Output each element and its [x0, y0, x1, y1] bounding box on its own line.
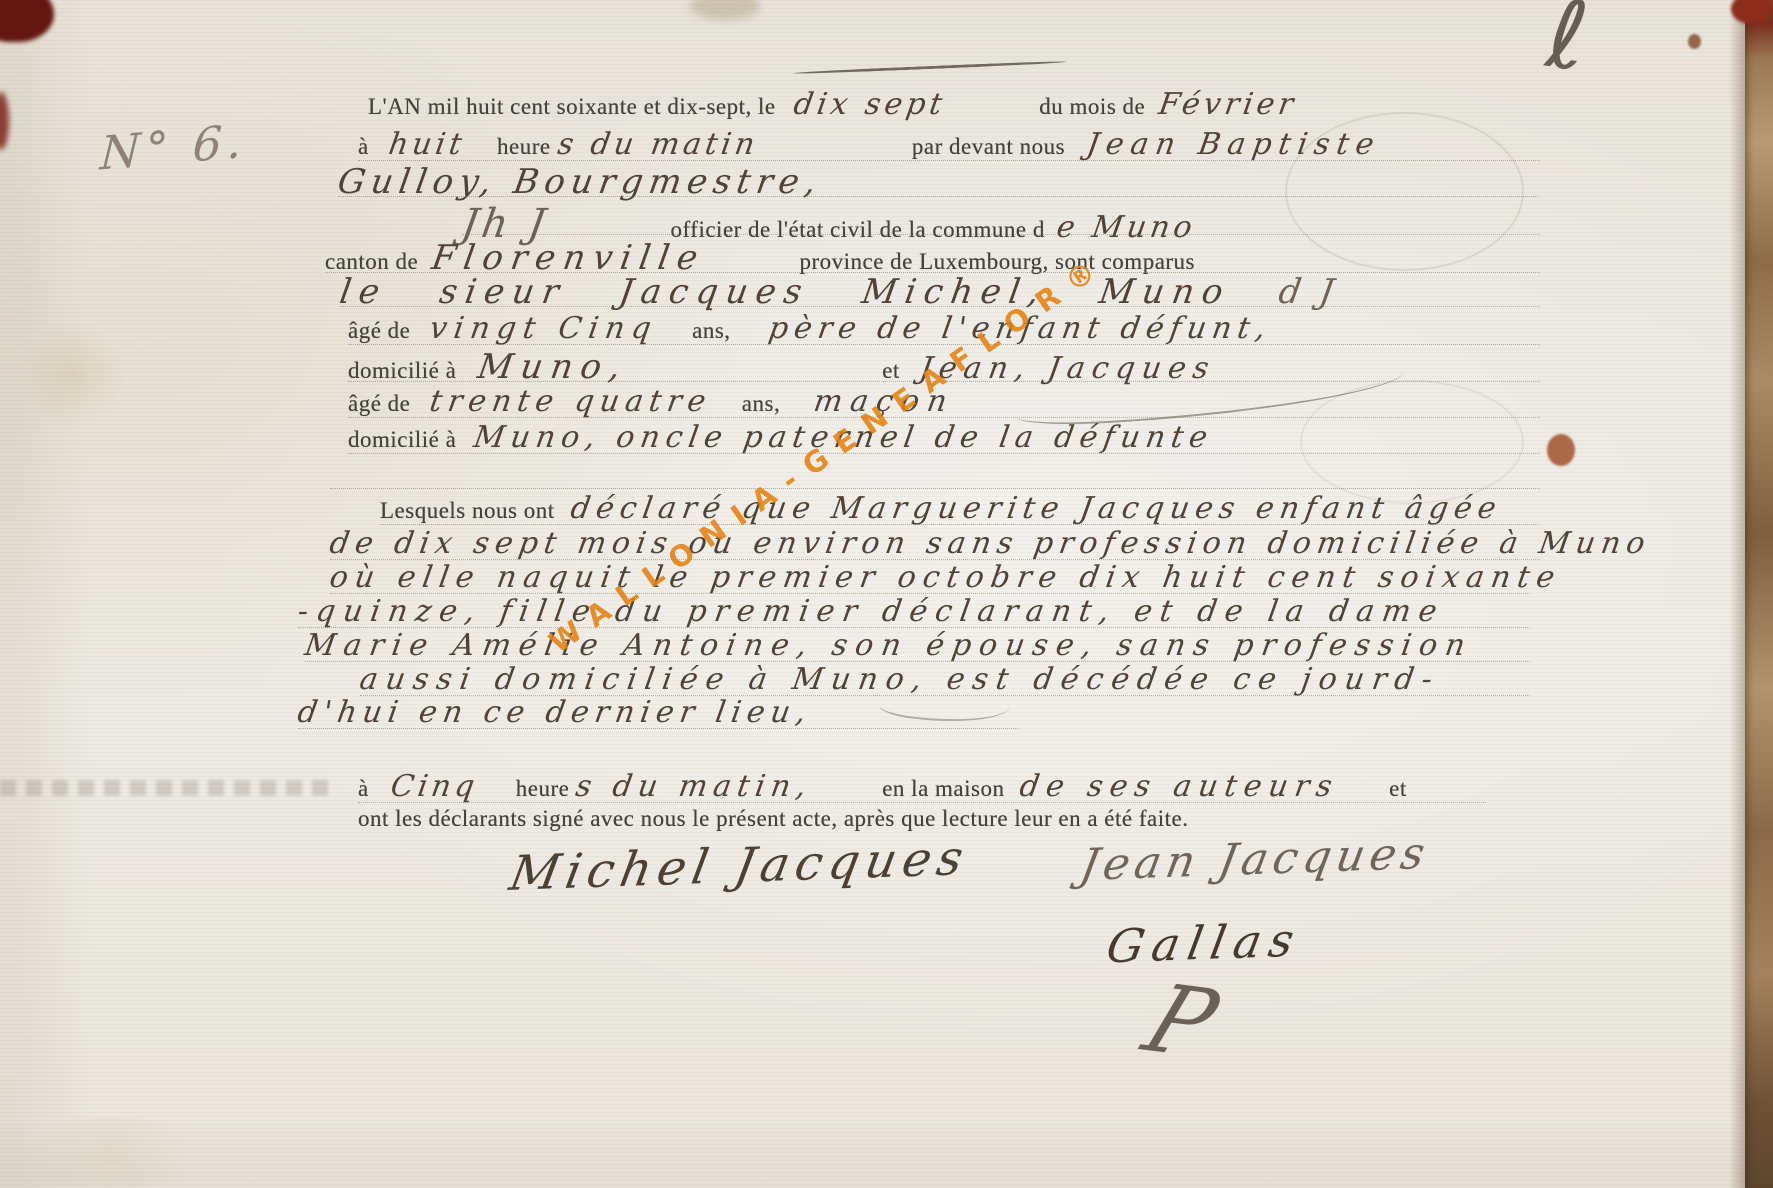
act-line-death-hour: à Cinq heure s du matin, en la maison de… [358, 770, 1486, 808]
ink-stroke [793, 60, 1067, 74]
printed-par-devant: par devant nous [912, 134, 1065, 159]
printed-maison: en la maison [882, 776, 1004, 801]
printed-heure: heure [516, 776, 570, 801]
printed-et: et [1389, 776, 1407, 801]
printed-ans: ans, [742, 391, 780, 416]
act-line-domicile2: domicilié à Muno, oncle paternel de la d… [348, 421, 1540, 459]
paper-stain [690, 0, 760, 20]
entry-domicile1: Muno, [475, 349, 631, 386]
printed-lesquels: Lesquels nous ont [380, 498, 555, 523]
entry-month: Février [1157, 88, 1300, 121]
act-line-hour: à huit heure s du matin par devant nous … [358, 128, 1540, 166]
act-line-age1: âgé de vingt Cinq ans, père de l'enfant … [348, 312, 1540, 350]
blank-dotted-line [330, 456, 1540, 494]
rust-stain [1688, 34, 1701, 49]
entry-age1: vingt Cinq [428, 312, 661, 345]
entry-declaration: de dix sept mois ou environ sans profess… [327, 527, 1653, 560]
paper-stain [18, 320, 128, 430]
entry-hour: huit [386, 128, 468, 161]
entry-death-time: s du matin, [574, 770, 815, 803]
act-line-officier: Jh J officier de l'état civil de la comm… [462, 202, 1540, 240]
printed-province: province de Luxembourg, sont comparus [799, 249, 1195, 274]
entry-time-of-day: s du matin [555, 128, 761, 161]
printed-age: âgé de [348, 318, 410, 343]
entry-declaration: d'hui en ce dernier lieu, [295, 696, 814, 729]
act-line-declaration7: d'hui en ce dernier lieu, [298, 696, 1018, 734]
act-line-declaration1: Lesquels nous ont déclaré que Marguerite… [380, 492, 1538, 530]
binding-corner-stain [0, 0, 54, 42]
ink-offset-smudge [0, 780, 335, 796]
entry-age2: trente quatre [428, 385, 715, 418]
ink-flourish: ℓ [1542, 0, 1594, 93]
signature-flourish: P [1130, 965, 1231, 1079]
printed-officier: officier de l'état civil de la commune d [671, 217, 1045, 242]
entry-declaration: Marie Amélie Antoine, son épouse, sans p… [302, 629, 1475, 662]
entry-death-hour: Cinq [388, 770, 480, 803]
printed-du-mois: du mois de [1039, 94, 1145, 119]
entry-officer-name: Gulloy, Bourgmestre, [335, 164, 825, 201]
printed-closing: ont les déclarants signé avec nous le pr… [358, 806, 1188, 831]
rust-stain [1547, 434, 1575, 466]
printed-et: et [882, 358, 900, 383]
entry-declaration: aussi domiciliée à Muno, est décédée ce … [357, 663, 1442, 696]
printed-a: à [358, 134, 369, 159]
act-line-officer: Gulloy, Bourgmestre, [338, 164, 1538, 202]
printed-domicile: domicilié à [348, 358, 456, 383]
act-line-declarant1: le sieur Jacques Michel, Muno d J [340, 274, 1540, 312]
page-edge-shadow [1729, 0, 1745, 1188]
ink-flourish: d J [1276, 274, 1340, 311]
signature-officer: Gallas [1103, 913, 1307, 974]
act-number: N° 6. [99, 113, 248, 180]
book-page-edge [1745, 0, 1773, 1188]
entry-declaration: où elle naquit le premier octobre dix hu… [327, 561, 1564, 594]
entry-death-place: de ses auteurs [1018, 770, 1342, 803]
printed-ans: ans, [692, 318, 730, 343]
printed-year-preamble: L'AN mil huit cent soixante et dix-sept,… [368, 94, 776, 119]
printed-domicile: domicilié à [348, 427, 456, 452]
printed-heure: heure [497, 134, 551, 159]
act-line-date: L'AN mil huit cent soixante et dix-sept,… [368, 88, 1540, 126]
printed-a: à [358, 776, 369, 801]
register-page: N° 6. ℓ L'AN mil huit cent soixante et d… [0, 0, 1773, 1188]
binding-edge-stain [0, 92, 9, 150]
paper-stain [0, 1118, 220, 1188]
printed-canton: canton de [325, 249, 418, 274]
entry-day: dix sept [791, 88, 948, 121]
entry-officer-firstname: Jean Baptiste [1084, 128, 1383, 161]
printed-age: âgé de [348, 391, 410, 416]
entry-declaration: -quinze, fille du premier déclarant, et … [295, 595, 1447, 628]
